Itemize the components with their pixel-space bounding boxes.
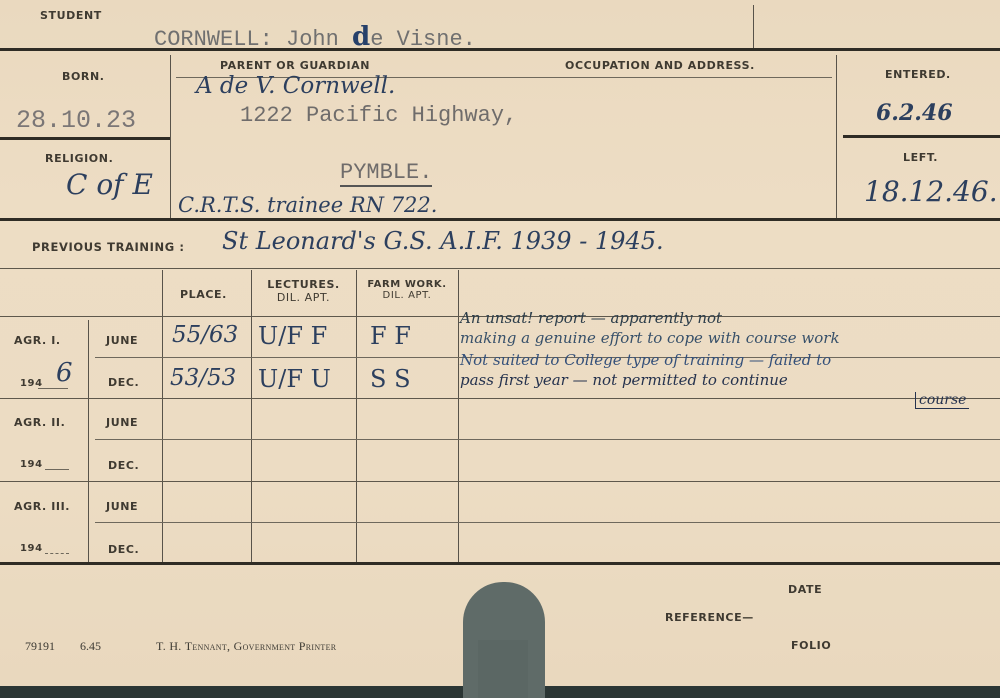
rule-under-student — [0, 48, 1000, 51]
group-label-agr-1: AGR. I. — [14, 334, 61, 347]
rule-row-5 — [95, 522, 1000, 523]
previous-training-label: PREVIOUS TRAINING : — [32, 240, 185, 254]
reference-label: REFERENCE— — [665, 611, 754, 624]
year-blank-3 — [45, 553, 69, 554]
filing-rod-notch-stem — [478, 640, 528, 698]
form-date: 6.45 — [80, 639, 101, 654]
rule-group-2 — [0, 481, 1000, 482]
header-farm-work: FARM WORK. DIL. APT. — [356, 279, 458, 301]
form-number: 79191 — [25, 639, 55, 654]
header-place: PLACE. — [180, 288, 227, 301]
left-label: LEFT. — [903, 151, 938, 164]
previous-training-value: St Leonard's G.S. A.I.F. 1939 - 1945. — [222, 227, 664, 255]
born-divider — [170, 55, 171, 218]
address-line1: 1222 Pacific Highway, — [240, 103, 517, 128]
row-2-place: 53/53 — [170, 365, 236, 391]
row-2-farm: S S — [370, 365, 411, 393]
religion-value: C of E — [66, 168, 153, 201]
rule-born — [0, 137, 170, 140]
born-label: BORN. — [62, 70, 105, 83]
entered-divider — [836, 55, 837, 218]
rule-row-3 — [95, 439, 1000, 440]
row-1-place: 55/63 — [172, 322, 238, 348]
header-divider — [753, 5, 754, 49]
rule-table-bottom — [0, 562, 1000, 565]
header-lectures: LECTURES. DIL. APT. — [251, 278, 356, 304]
col-divider-lectures — [251, 270, 252, 563]
rule-group-1 — [0, 398, 1000, 399]
row-term-3: JUNE — [106, 416, 138, 429]
folio-label: FOLIO — [791, 639, 831, 652]
born-value: 28.10.23 — [16, 106, 136, 135]
remark-line-5: course — [915, 392, 969, 409]
parent-name: A de V. Cornwell. — [196, 73, 395, 99]
rule-under-parent — [0, 218, 1000, 221]
address-line2: PYMBLE. — [340, 160, 432, 187]
row-term-2: DEC. — [108, 376, 139, 389]
entered-value: 6.2.46 — [876, 100, 953, 126]
left-value: 18.12.46. — [864, 175, 998, 208]
group-year-prefix-2: 194 — [20, 459, 43, 470]
group-year-prefix-3: 194 — [20, 543, 43, 554]
printer-credit: T. H. Tennant, Government Printer — [156, 639, 336, 654]
year-blank-2 — [45, 469, 69, 470]
row-1-lectures: U/F F — [258, 322, 327, 350]
religion-label: RELIGION. — [45, 152, 113, 165]
row-term-5: JUNE — [106, 500, 138, 513]
parent-label: PARENT OR GUARDIAN — [220, 59, 370, 72]
col-divider-term — [88, 320, 89, 563]
occupation-label: OCCUPATION AND ADDRESS. — [565, 59, 755, 72]
remark-line-1: An unsat! report — apparently not — [460, 309, 722, 327]
rule-previous-training — [0, 268, 1000, 269]
entered-label: ENTERED. — [885, 68, 951, 81]
row-term-6: DEC. — [108, 543, 139, 556]
group-label-agr-3: AGR. III. — [14, 500, 70, 513]
student-label: STUDENT — [40, 9, 102, 22]
group-label-agr-2: AGR. II. — [14, 416, 65, 429]
remark-line-2: making a genuine effort to cope with cou… — [460, 329, 840, 347]
rule-entered — [843, 135, 1000, 138]
row-term-1: JUNE — [106, 334, 138, 347]
row-2-lectures: U/F U — [258, 365, 331, 393]
col-divider-place — [162, 270, 163, 563]
date-label: DATE — [788, 583, 822, 596]
group-year-value-1: 6 — [56, 358, 73, 388]
row-1-farm: F F — [370, 322, 411, 350]
year-blank-1 — [38, 388, 68, 389]
col-divider-remarks — [458, 270, 459, 563]
col-divider-farm — [356, 270, 357, 563]
occupation-note: C.R.T.S. trainee RN 722. — [178, 193, 437, 217]
remark-line-4: pass first year — not permitted to conti… — [460, 371, 788, 389]
remark-line-3: Not suited to College type of training —… — [460, 351, 831, 369]
row-term-4: DEC. — [108, 459, 139, 472]
